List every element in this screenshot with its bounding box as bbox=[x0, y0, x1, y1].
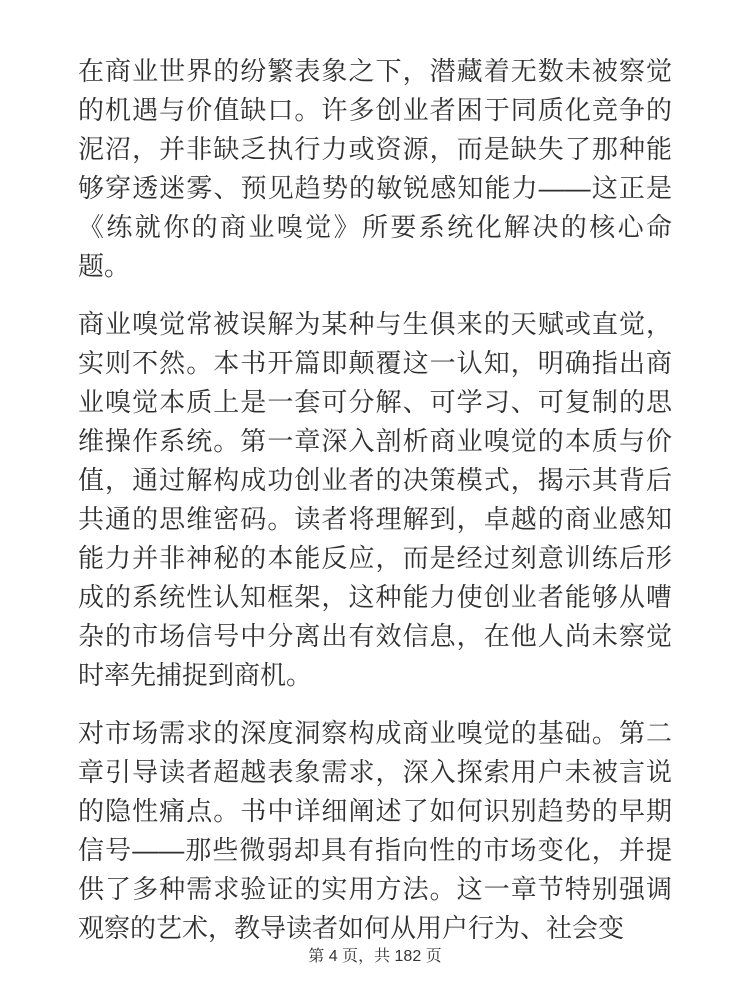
page-text-body: 在商业世界的纷繁表象之下，潜藏着无数未被察觉的机遇与价值缺口。许多创业者困于同质… bbox=[78, 52, 672, 967]
page-number-indicator: 第 4 页，共 182 页 bbox=[0, 946, 750, 968]
document-page: 在商业世界的纷繁表象之下，潜藏着无数未被察觉的机遇与价值缺口。许多创业者困于同质… bbox=[0, 0, 750, 1000]
paragraph-2: 商业嗅觉常被误解为某种与生俱来的天赋或直觉，实则不然。本书开篇即颠覆这一认知，明… bbox=[78, 305, 672, 695]
paragraph-1: 在商业世界的纷繁表象之下，潜藏着无数未被察觉的机遇与价值缺口。许多创业者困于同质… bbox=[78, 52, 672, 286]
paragraph-3: 对市场需求的深度洞察构成商业嗅觉的基础。第二章引导读者超越表象需求，深入探索用户… bbox=[78, 714, 672, 948]
